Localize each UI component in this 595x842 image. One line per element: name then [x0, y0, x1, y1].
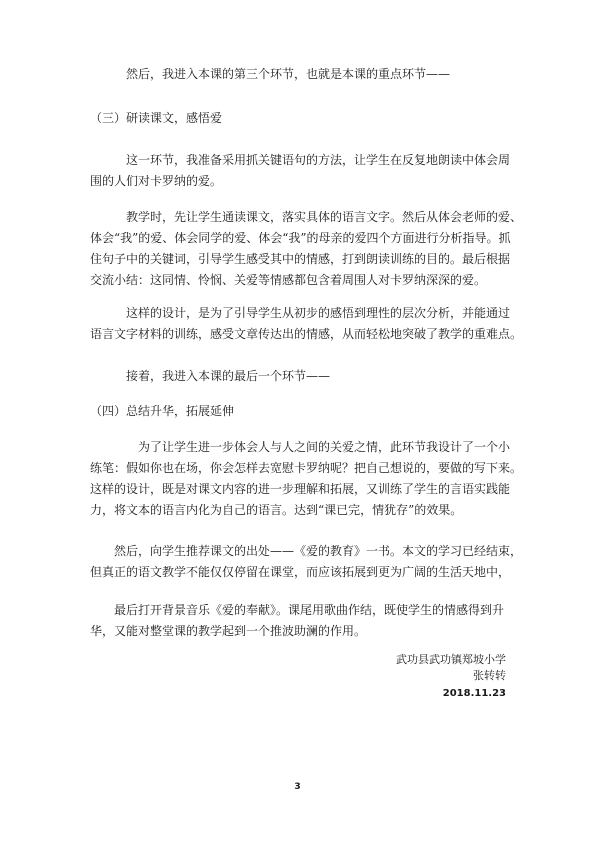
text-line: 然后，我进入本课的第三个环节，也就是本课的重点环节—— [90, 64, 426, 85]
heading-text: （四）总结升华，拓展延伸 [90, 401, 426, 422]
text-line: 华，又能对整堂课的教学起到一个推波助澜的作用。 [90, 621, 426, 642]
text-line: 这样的设计，是为了引导学生从初步的感悟到理性的层次分析，并能通过 [90, 303, 426, 324]
text-line: 交流小结：这同情、怜悯、关爱等情感都包含着周围人对卡罗纳深深的爱。 [90, 270, 426, 291]
paragraph-exercise: 为了让学生进一步体会人与人之间的关爱之情，此环节我设计了一个小 练笔：假如你也在… [90, 437, 426, 521]
paragraph-transition-3: 然后，我进入本课的第三个环节，也就是本课的重点环节—— [90, 64, 426, 85]
paragraph-design: 这样的设计，是为了引导学生从初步的感悟到理性的层次分析，并能通过 语言文字材料的… [90, 303, 426, 345]
page-number: 3 [0, 782, 595, 792]
paragraph-recommend: 然后，向学生推荐课文的出处——《爱的教育》一书。本文的学习已经结束， 但真正的语… [90, 541, 426, 583]
text-line: 接着，我进入本课的最后一个环节—— [90, 366, 426, 387]
paragraph-teaching: 教学时，先让学生通读课文，落实具体的语言文字。然后从体会老师的爱、 体会“我”的… [90, 207, 426, 291]
signature-date: 2018.11.23 [443, 686, 506, 702]
text-line: 语言文字材料的训练，感受文章传达出的情感，从而轻松地突破了教学的重难点。 [90, 324, 426, 345]
text-line: 围的人们对卡罗纳的爱。 [90, 171, 426, 192]
text-line: 这一环节，我准备采用抓关键语句的方法，让学生在反复地朗读中体会周 [90, 150, 426, 171]
paragraph-method: 这一环节，我准备采用抓关键语句的方法，让学生在反复地朗读中体会周 围的人们对卡罗… [90, 150, 426, 192]
text-line: 力，将文本的语言内化为自己的语言。达到“课已完，情犹存”的效果。 [90, 500, 426, 521]
heading-text: （三）研读课文，感悟爱 [90, 108, 426, 129]
signature-school: 武功县武功镇郑坡小学 [396, 652, 506, 668]
section-heading-3: （三）研读课文，感悟爱 [90, 108, 426, 129]
text-line: 教学时，先让学生通读课文，落实具体的语言文字。然后从体会老师的爱、 [90, 207, 426, 228]
paragraph-music: 最后打开背景音乐《爱的奉献》。课尾用歌曲作结，既使学生的情感得到升 华，又能对整… [90, 600, 426, 642]
text-line: 最后打开背景音乐《爱的奉献》。课尾用歌曲作结，既使学生的情感得到升 [90, 600, 426, 621]
signature-author: 张转转 [473, 668, 506, 684]
text-line: 体会“我”的爱、体会同学的爱、体会“我”的母亲的爱四个方面进行分析指导。抓 [90, 228, 426, 249]
text-line: 为了让学生进一步体会人与人之间的关爱之情，此环节我设计了一个小 [90, 437, 426, 458]
text-line: 练笔：假如你也在场，你会怎样去宽慰卡罗纳呢？把自己想说的，要做的写下来。 [90, 458, 426, 479]
text-line: 住句子中的关键词，引导学生感受其中的情感，打到朗读训练的目的。最后根据 [90, 249, 426, 270]
section-heading-4: （四）总结升华，拓展延伸 [90, 401, 426, 422]
text-line: 但真正的语文教学不能仅仅停留在课堂，而应该拓展到更为广阔的生活天地中， [90, 562, 426, 583]
text-line: 这样的设计，既是对课文内容的进一步理解和拓展，又训练了学生的言语实践能 [90, 479, 426, 500]
text-line: 然后，向学生推荐课文的出处——《爱的教育》一书。本文的学习已经结束， [90, 541, 426, 562]
paragraph-transition-4: 接着，我进入本课的最后一个环节—— [90, 366, 426, 387]
